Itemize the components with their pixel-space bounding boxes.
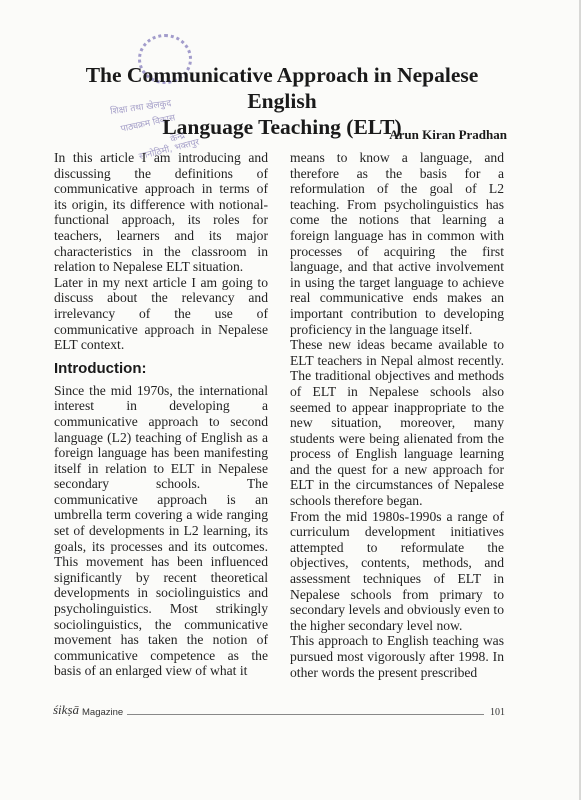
section-heading-introduction: Introduction: [54, 359, 268, 379]
magazine-name: Magazine [82, 707, 123, 718]
introduction-paragraph: Since the mid 1970s, the international i… [54, 383, 268, 679]
article-author: Arun Kiran Pradhan [389, 127, 507, 143]
article-title-line1: The Communicative Approach in Nepalese E… [86, 63, 479, 113]
body-paragraph-3: From the mid 1980s-1990s a range of curr… [290, 509, 504, 634]
right-column: means to know a language, and therefore … [290, 150, 504, 680]
page-number: 101 [490, 707, 505, 718]
abstract-paragraph-1: In this article I am introducing and dis… [54, 150, 268, 275]
body-paragraph-4: This approach to English teaching was pu… [290, 633, 504, 680]
abstract-paragraph-2: Later in my next article I am going to d… [54, 275, 268, 353]
footer-rule [127, 714, 484, 715]
body-paragraph-1: means to know a language, and therefore … [290, 150, 504, 337]
magazine-name-italic: śikṣā [53, 702, 79, 718]
body-paragraph-2: These new ideas became available to ELT … [290, 337, 504, 509]
page-footer: śikṣā Magazine 101 [53, 702, 505, 718]
left-column: In this article I am introducing and dis… [54, 150, 268, 679]
article-title-line2: Language Teaching (ELT) [162, 115, 401, 139]
